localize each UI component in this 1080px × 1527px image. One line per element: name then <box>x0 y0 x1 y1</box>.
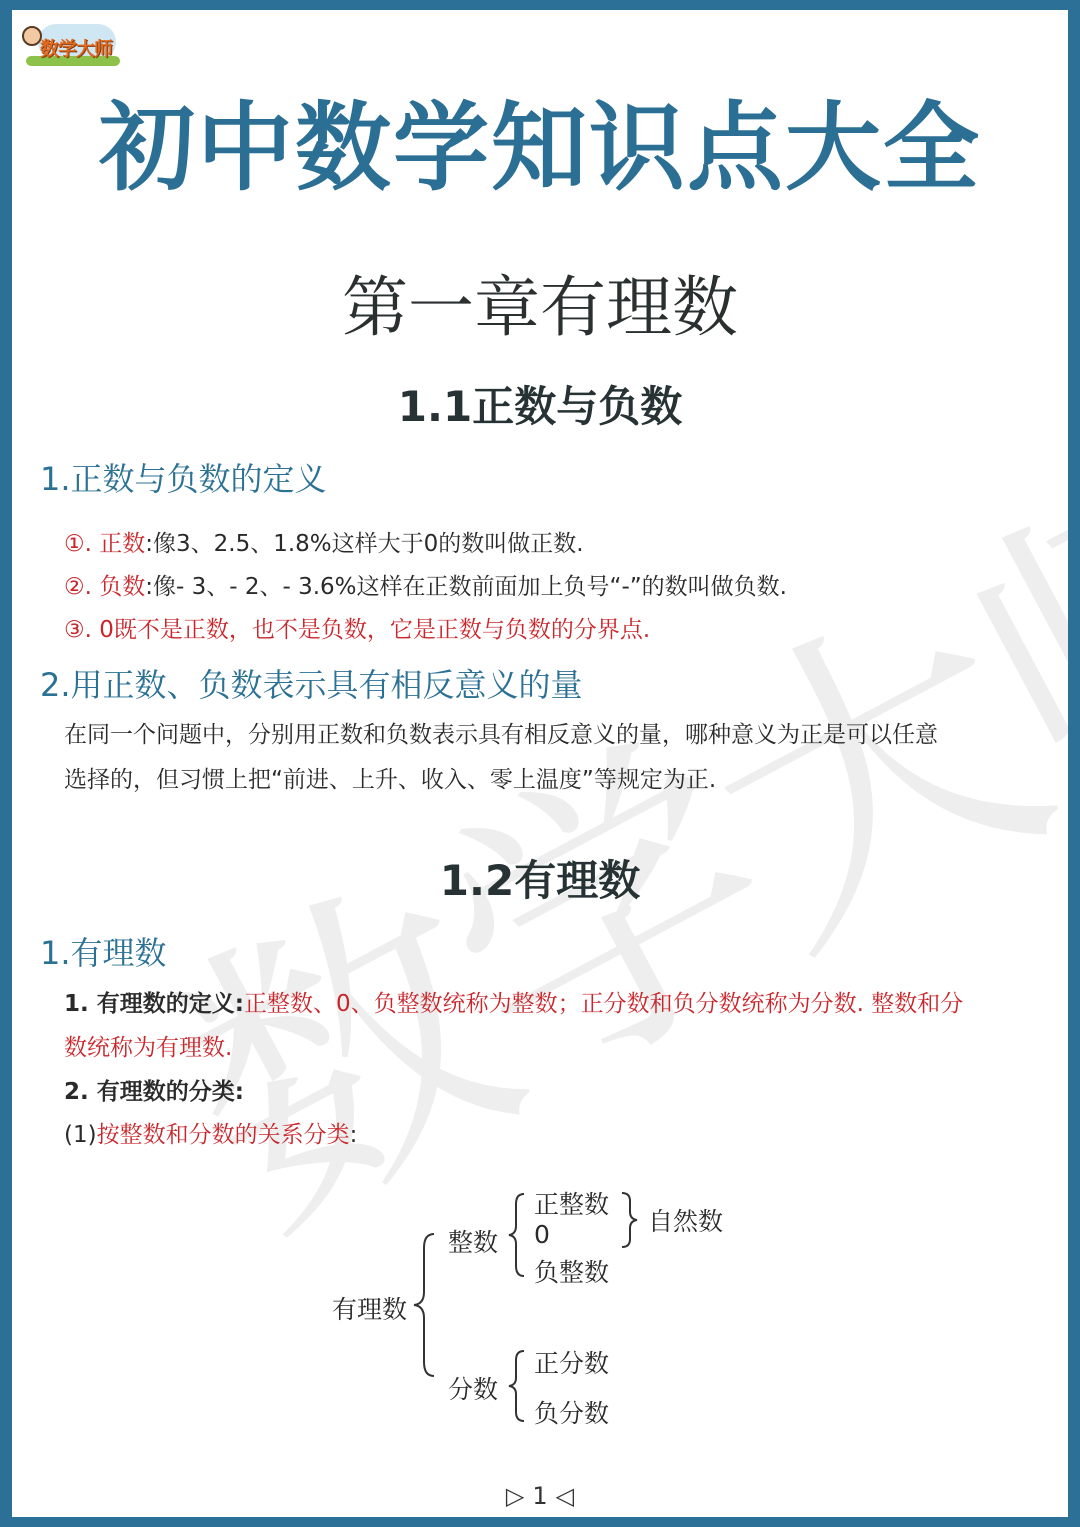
paragraph-line-1: 在同一个问题中，分别用正数和负数表示具有相反意义的量，哪种意义为正是可以任意 <box>64 716 938 749</box>
item-term: 负数 <box>99 574 145 600</box>
main-title: 初中数学知识点大全 <box>12 72 1068 209</box>
tree-negative-integer-label: 负整数 <box>534 1253 609 1289</box>
document-page: 数学大师 数学大师 初中数学知识点大全 第一章有理数 1.1正数与负数 1.正数… <box>12 10 1068 1517</box>
definition-item-positive: ①. 正数:像3、2.5、1.8%这样大于0的数叫做正数. <box>64 525 584 558</box>
sub-heading-definition: 1.正数与负数的定义 <box>40 454 327 500</box>
classification-sub-item: (1)按整数和分数的关系分类: <box>64 1116 357 1149</box>
rational-definition-line-2: 数统称为有理数. <box>64 1029 232 1062</box>
sub-heading-rational: 1.有理数 <box>40 928 167 974</box>
sub-item-colon: : <box>350 1122 358 1148</box>
chapter-title: 第一章有理数 <box>12 254 1068 349</box>
logo-text: 数学大师 <box>40 34 112 61</box>
right-triangle-icon: ▷ <box>506 1482 524 1510</box>
section-title-1-1: 1.1正数与负数 <box>12 374 1068 434</box>
sub-heading-opposite-quantities: 2.用正数、负数表示具有相反意义的量 <box>40 660 583 706</box>
item-marker: ③. <box>64 617 92 643</box>
definition-label: 1. 有理数的定义: <box>64 991 244 1017</box>
tree-integer-label: 整数 <box>448 1223 498 1259</box>
tree-positive-integer-label: 正整数 <box>534 1185 609 1221</box>
teacher-face-icon <box>22 26 42 46</box>
tree-fraction-label: 分数 <box>448 1370 498 1406</box>
brand-logo: 数学大师 <box>18 20 118 68</box>
tree-natural-number-label: 自然数 <box>648 1202 723 1238</box>
natural-brace-icon <box>618 1190 640 1250</box>
definition-item-zero: ③. 0既不是正数，也不是负数，它是正数与负数的分界点. <box>64 611 650 644</box>
section-title-1-2: 1.2有理数 <box>12 848 1068 908</box>
tree-zero-label: 0 <box>534 1220 550 1249</box>
sub-item-text: 按整数和分数的关系分类 <box>97 1122 350 1148</box>
page-number: 1 <box>532 1482 547 1510</box>
root-brace-icon <box>410 1230 440 1380</box>
item-text: 0既不是正数，也不是负数，它是正数与负数的分界点. <box>99 617 650 643</box>
definition-text: 正整数、0、负整数统称为整数；正分数和负分数统称为分数. 整数和分 <box>244 991 963 1017</box>
classification-label: 2. 有理数的分类: <box>64 1073 244 1106</box>
sub-item-marker: (1) <box>64 1122 97 1148</box>
item-sep: : <box>145 531 153 557</box>
item-text: 像3、2.5、1.8%这样大于0的数叫做正数. <box>153 531 584 557</box>
page-footer: ▷1◁ <box>12 1482 1068 1510</box>
integer-brace-icon <box>506 1190 528 1280</box>
paragraph-line-2: 选择的，但习惯上把“前进、上升、收入、零上温度”等规定为正. <box>64 761 716 794</box>
tree-root-label: 有理数 <box>332 1290 407 1326</box>
tree-positive-fraction-label: 正分数 <box>534 1344 609 1380</box>
tree-negative-fraction-label: 负分数 <box>534 1394 609 1430</box>
item-text: 像- 3、- 2、- 3.6%这样在正数前面加上负号“-”的数叫做负数. <box>153 574 787 600</box>
fraction-brace-icon <box>506 1348 528 1424</box>
left-triangle-icon: ◁ <box>556 1482 574 1510</box>
item-sep: : <box>145 574 153 600</box>
item-marker: ①. <box>64 531 92 557</box>
definition-item-negative: ②. 负数:像- 3、- 2、- 3.6%这样在正数前面加上负号“-”的数叫做负… <box>64 568 787 601</box>
rational-definition-line-1: 1. 有理数的定义:正整数、0、负整数统称为整数；正分数和负分数统称为分数. 整… <box>64 985 963 1018</box>
item-marker: ②. <box>64 574 92 600</box>
item-term: 正数 <box>99 531 145 557</box>
